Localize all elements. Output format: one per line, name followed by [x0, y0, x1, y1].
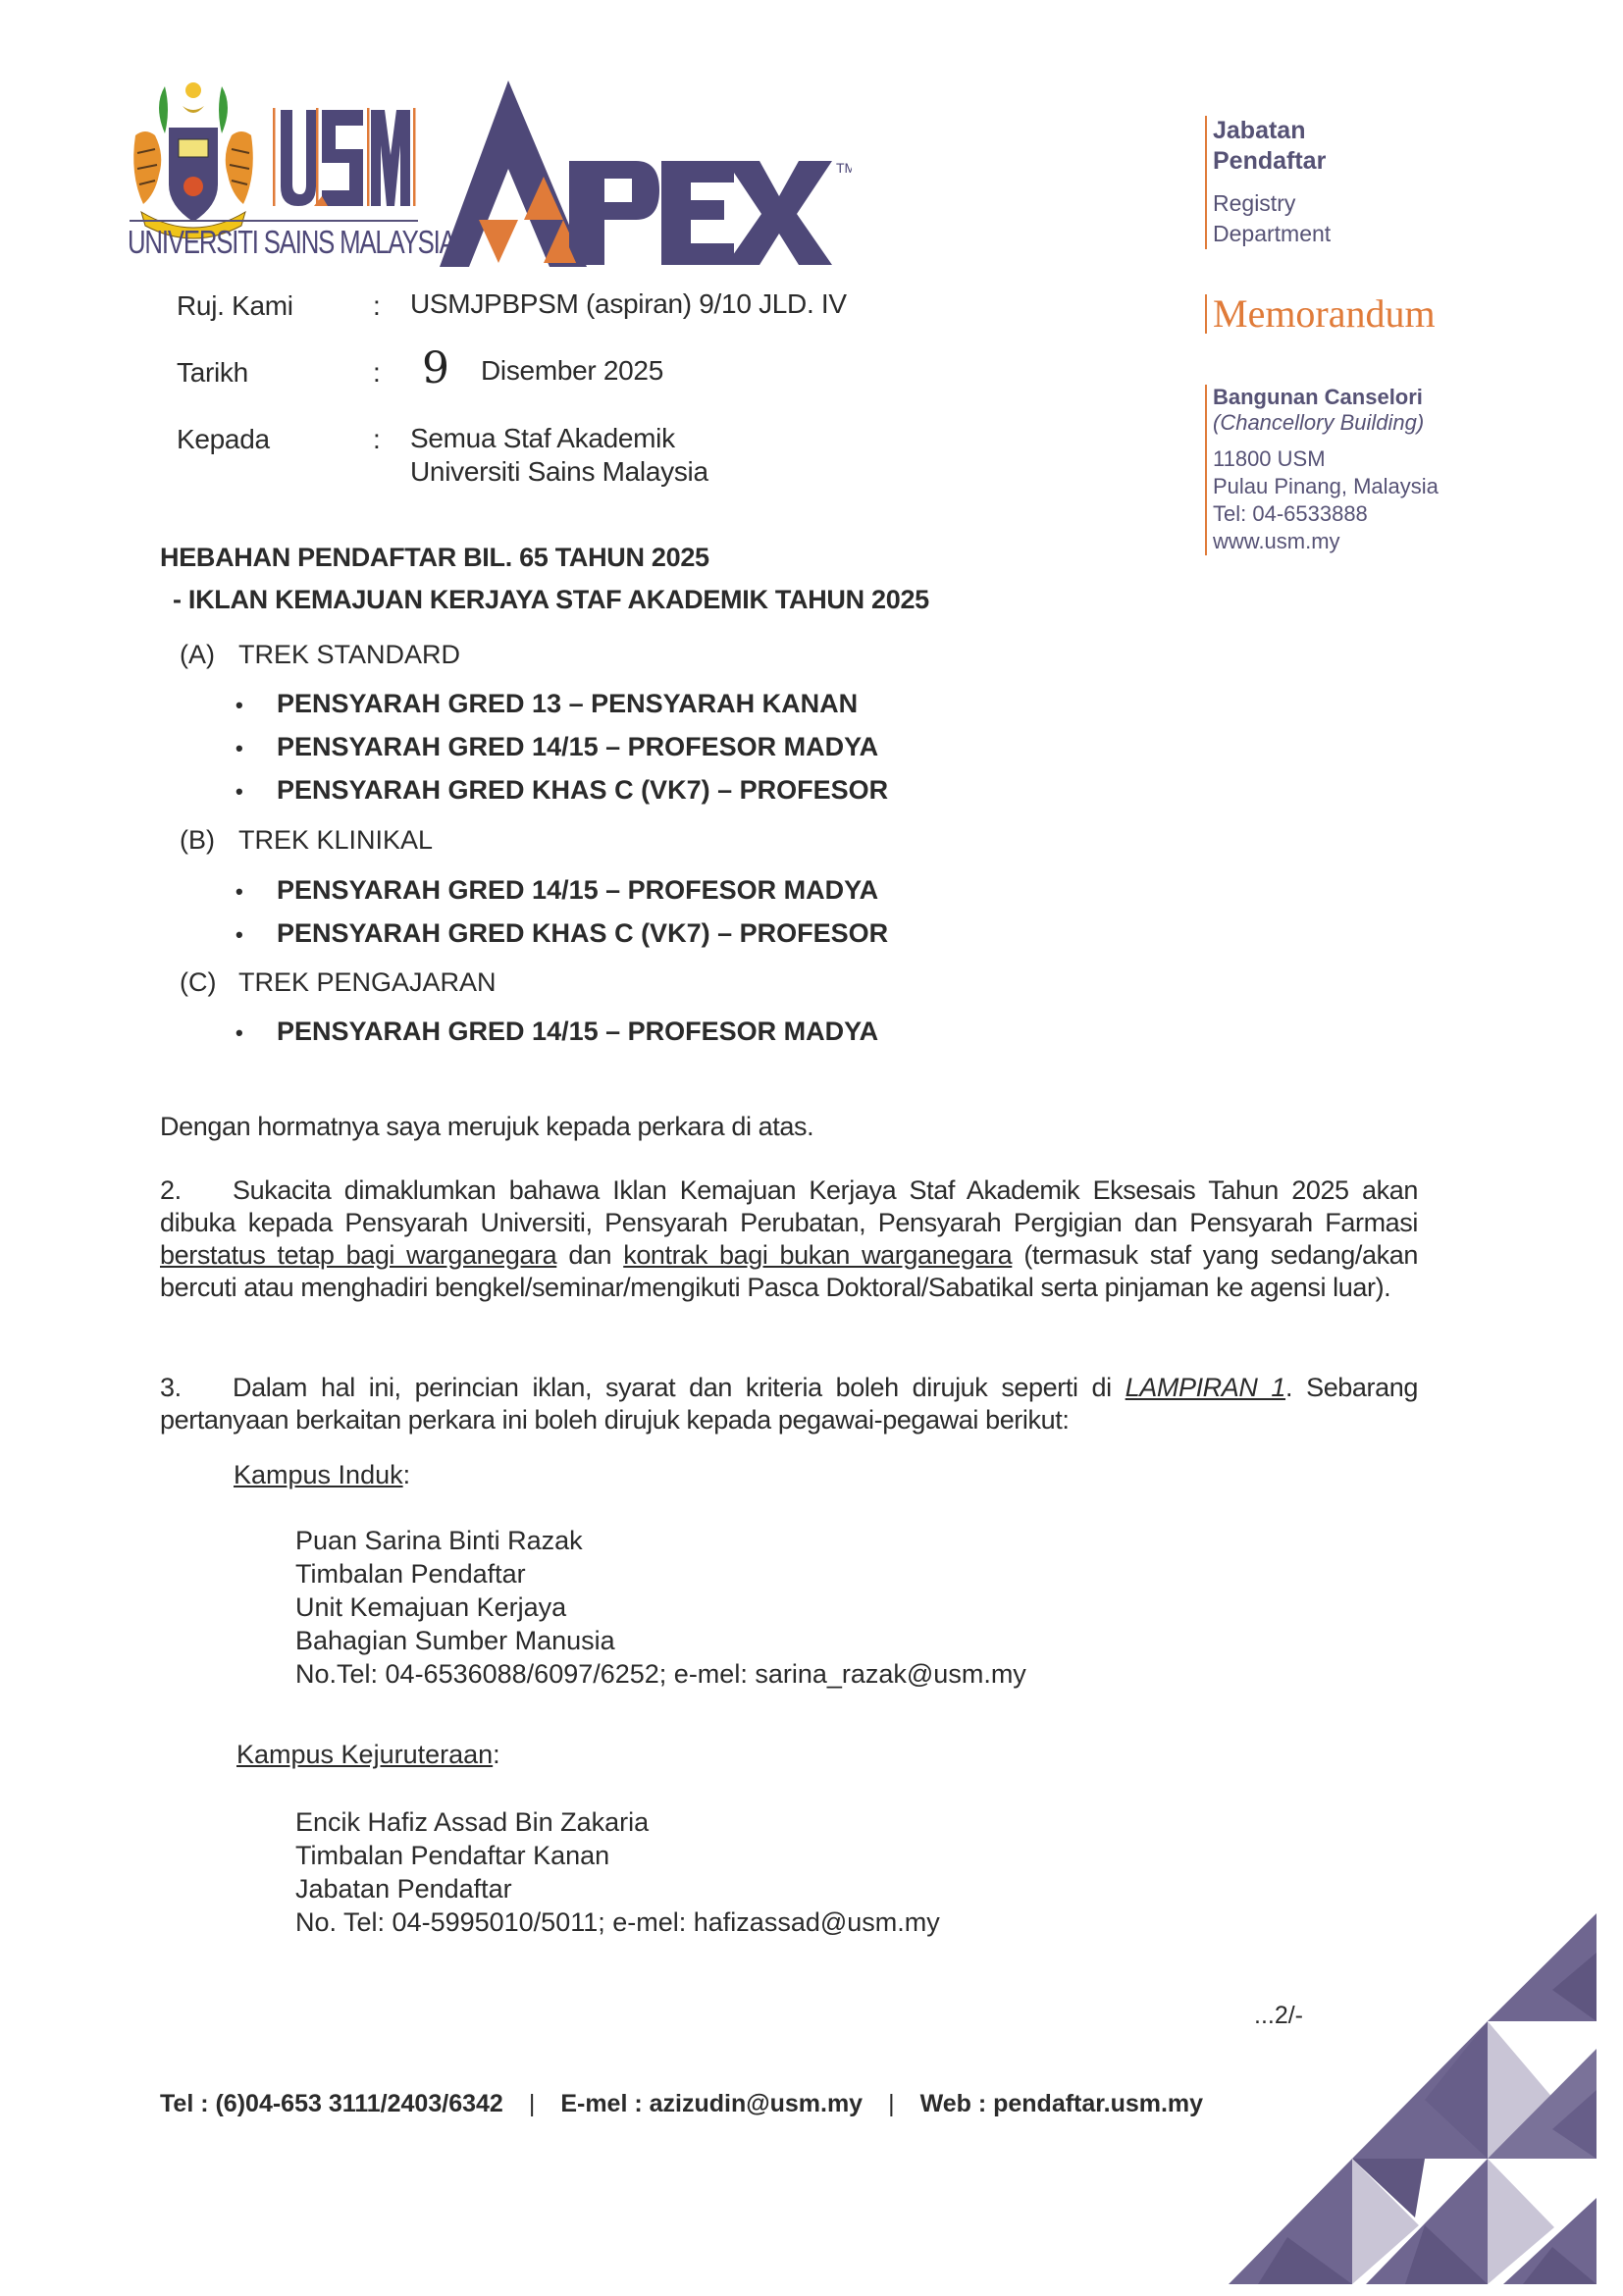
- date-colon: :: [373, 357, 380, 389]
- ref-value: USMJPBPSM (aspiran) 9/10 JLD. IV: [410, 287, 847, 321]
- date-label: Tarikh: [177, 357, 248, 389]
- track-a-item-2: •PENSYARAH GRED 14/15 – PROFESOR MADYA: [236, 732, 878, 762]
- contact-kejuruteraan-dept: Jabatan Pendaftar: [295, 1872, 940, 1905]
- apex-logo: TM: [440, 80, 852, 267]
- track-b-title: TREK KLINIKAL: [238, 825, 433, 855]
- department-name-en-1: Registry: [1213, 188, 1331, 219]
- track-a-heading: (A)TREK STANDARD: [180, 640, 460, 670]
- bullet-icon: •: [236, 736, 277, 761]
- department-block: Jabatan Pendaftar Registry Department: [1205, 116, 1331, 249]
- track-a-marker: (A): [180, 640, 238, 670]
- footer-tel: Tel : (6)04-653 3111/2403/6342: [160, 2090, 503, 2117]
- address-state: Pulau Pinang, Malaysia: [1213, 473, 1439, 500]
- footer-separator: |: [888, 2090, 895, 2118]
- usm-wordmark-logo: [271, 106, 418, 208]
- contact-induk-unit: Unit Kemajuan Kerjaya: [295, 1591, 1026, 1624]
- subject-line-1: HEBAHAN PENDAFTAR BIL. 65 TAHUN 2025: [160, 543, 709, 573]
- footer-contact-bar: Tel : (6)04-653 3111/2403/6342|E-mel : a…: [160, 2090, 1203, 2118]
- department-name-ms-1: Jabatan: [1213, 116, 1331, 146]
- contact-induk-name: Puan Sarina Binti Razak: [295, 1524, 1026, 1557]
- to-colon: :: [373, 424, 380, 455]
- footer-email[interactable]: E-mel : azizudin@usm.my: [560, 2090, 863, 2117]
- document-type-title: Memorandum: [1205, 294, 1436, 334]
- campus-label-kejuruteraan: Kampus Kejuruteraan:: [236, 1740, 500, 1770]
- to-line-2: Universiti Sains Malaysia: [410, 455, 708, 489]
- track-b-heading: (B)TREK KLINIKAL: [180, 825, 433, 856]
- decorative-triangle-motif: [1229, 1913, 1601, 2284]
- department-name-ms-2: Pendaftar: [1213, 146, 1331, 177]
- trademark-mark: TM: [836, 160, 852, 176]
- track-c-marker: (C): [180, 967, 238, 998]
- bullet-icon: •: [236, 922, 277, 948]
- bullet-icon: •: [236, 779, 277, 805]
- opening-sentence: Dengan hormatnya saya merujuk kepada per…: [160, 1111, 813, 1143]
- track-a-title: TREK STANDARD: [238, 640, 460, 669]
- underlined-contract-status: kontrak bagi bukan warganegara: [623, 1240, 1012, 1270]
- track-b-marker: (B): [180, 825, 238, 856]
- address-web[interactable]: www.usm.my: [1213, 528, 1439, 555]
- contact-kejuruteraan-name: Encik Hafiz Assad Bin Zakaria: [295, 1805, 940, 1839]
- footer-separator: |: [529, 2090, 536, 2118]
- to-label: Kepada: [177, 424, 270, 455]
- paragraph-2: 2.Sukacita dimaklumkan bahawa Iklan Kema…: [160, 1174, 1418, 1304]
- department-name-en-2: Department: [1213, 219, 1331, 249]
- to-value: Semua Staf Akademik Universiti Sains Mal…: [410, 422, 708, 489]
- underlined-citizen-status: berstatus tetap bagi warganegara: [160, 1240, 556, 1270]
- usm-crest-logo: [126, 77, 261, 241]
- paragraph-2-number: 2.: [160, 1174, 233, 1207]
- track-c-item-1: •PENSYARAH GRED 14/15 – PROFESOR MADYA: [236, 1017, 878, 1047]
- track-c-heading: (C)TREK PENGAJARAN: [180, 967, 497, 998]
- bullet-icon: •: [236, 1020, 277, 1046]
- track-b-item-2: •PENSYARAH GRED KHAS C (VK7) – PROFESOR: [236, 918, 888, 949]
- contact-kejuruteraan-phone-email: No. Tel: 04-5995010/5011; e-mel: hafizas…: [295, 1905, 940, 1939]
- address-block: Bangunan Canselori (Chancellory Building…: [1205, 385, 1439, 555]
- address-postcode: 11800 USM: [1213, 445, 1439, 473]
- contact-induk-division: Bahagian Sumber Manusia: [295, 1624, 1026, 1657]
- contact-kejuruteraan: Encik Hafiz Assad Bin Zakaria Timbalan P…: [295, 1805, 940, 1939]
- ref-colon: :: [373, 290, 380, 322]
- track-a-item-1: •PENSYARAH GRED 13 – PENSYARAH KANAN: [236, 689, 858, 719]
- contact-induk-phone-email: No.Tel: 04-6536088/6097/6252; e-mel: sar…: [295, 1657, 1026, 1691]
- track-b-item-1: •PENSYARAH GRED 14/15 – PROFESOR MADYA: [236, 875, 878, 906]
- address-tel: Tel: 04-6533888: [1213, 500, 1439, 528]
- paragraph-3-number: 3.: [160, 1372, 233, 1404]
- contact-induk: Puan Sarina Binti Razak Timbalan Pendaft…: [295, 1524, 1026, 1691]
- contact-induk-title: Timbalan Pendaftar: [295, 1557, 1026, 1591]
- bullet-icon: •: [236, 693, 277, 718]
- track-a-item-3: •PENSYARAH GRED KHAS C (VK7) – PROFESOR: [236, 775, 888, 806]
- to-line-1: Semua Staf Akademik: [410, 422, 708, 455]
- footer-web[interactable]: Web : pendaftar.usm.my: [920, 2090, 1204, 2117]
- track-c-title: TREK PENGAJARAN: [238, 967, 497, 997]
- university-name: UNIVERSITI SAINS MALAYSIA: [128, 224, 455, 261]
- subject-line-2: - IKLAN KEMAJUAN KERJAYA STAF AKADEMIK T…: [173, 585, 929, 615]
- logo-divider: [130, 220, 418, 222]
- appendix-reference-link[interactable]: LAMPIRAN 1: [1126, 1373, 1285, 1402]
- campus-label-induk: Kampus Induk:: [234, 1460, 410, 1490]
- address-building-en: (Chancellory Building): [1213, 410, 1439, 436]
- bullet-icon: •: [236, 879, 277, 905]
- date-value: Disember 2025: [481, 355, 663, 387]
- date-day-handwritten: 9: [422, 343, 449, 393]
- contact-kejuruteraan-title: Timbalan Pendaftar Kanan: [295, 1839, 940, 1872]
- paragraph-3: 3.Dalam hal ini, perincian iklan, syarat…: [160, 1372, 1418, 1436]
- address-building: Bangunan Canselori: [1213, 385, 1439, 410]
- ref-label: Ruj. Kami: [177, 290, 293, 322]
